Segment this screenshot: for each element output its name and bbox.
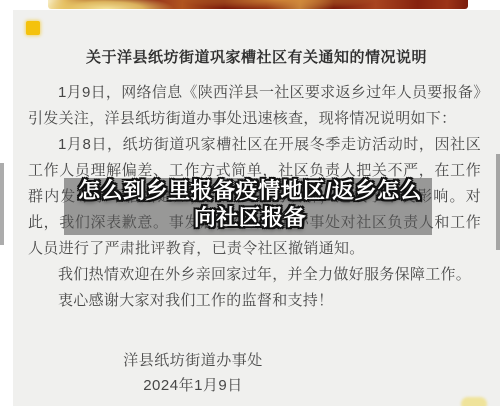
headline-overlay: 怎么到乡里报备疫情地区/返乡怎么 向社区报备: [0, 177, 500, 231]
headline-line-1: 怎么到乡里报备疫情地区/返乡怎么: [0, 177, 500, 204]
notice-signature: 洋县纸坊街道办事处: [13, 348, 373, 373]
notice-signoff: 洋县纸坊街道办事处 2024年1月9日: [13, 348, 373, 398]
notice-paragraph-3: 我们热情欢迎在外乡亲回家过年，并全力做好服务保障工作。: [28, 262, 481, 288]
notice-paragraph-1: 1月9日，网络信息《陕西洋县一社区要求返乡过年人员要报备》引发关注，洋县纸坊街道…: [28, 80, 481, 132]
headline-line-2: 向社区报备: [0, 204, 500, 231]
corner-highlight-blob: [461, 397, 487, 406]
notice-paragraph-4: 衷心感谢大家对我们工作的监督和支持！: [28, 288, 481, 314]
notice-date: 2024年1月9日: [13, 373, 373, 398]
yellow-accent-square: [26, 21, 40, 35]
notice-title: 关于洋县纸坊街道巩家槽社区有关通知的情况说明: [13, 46, 500, 67]
banner-image-strip: [48, 0, 468, 9]
notice-screenshot: 关于洋县纸坊街道巩家槽社区有关通知的情况说明 1月9日，网络信息《陕西洋县一社区…: [0, 0, 500, 406]
